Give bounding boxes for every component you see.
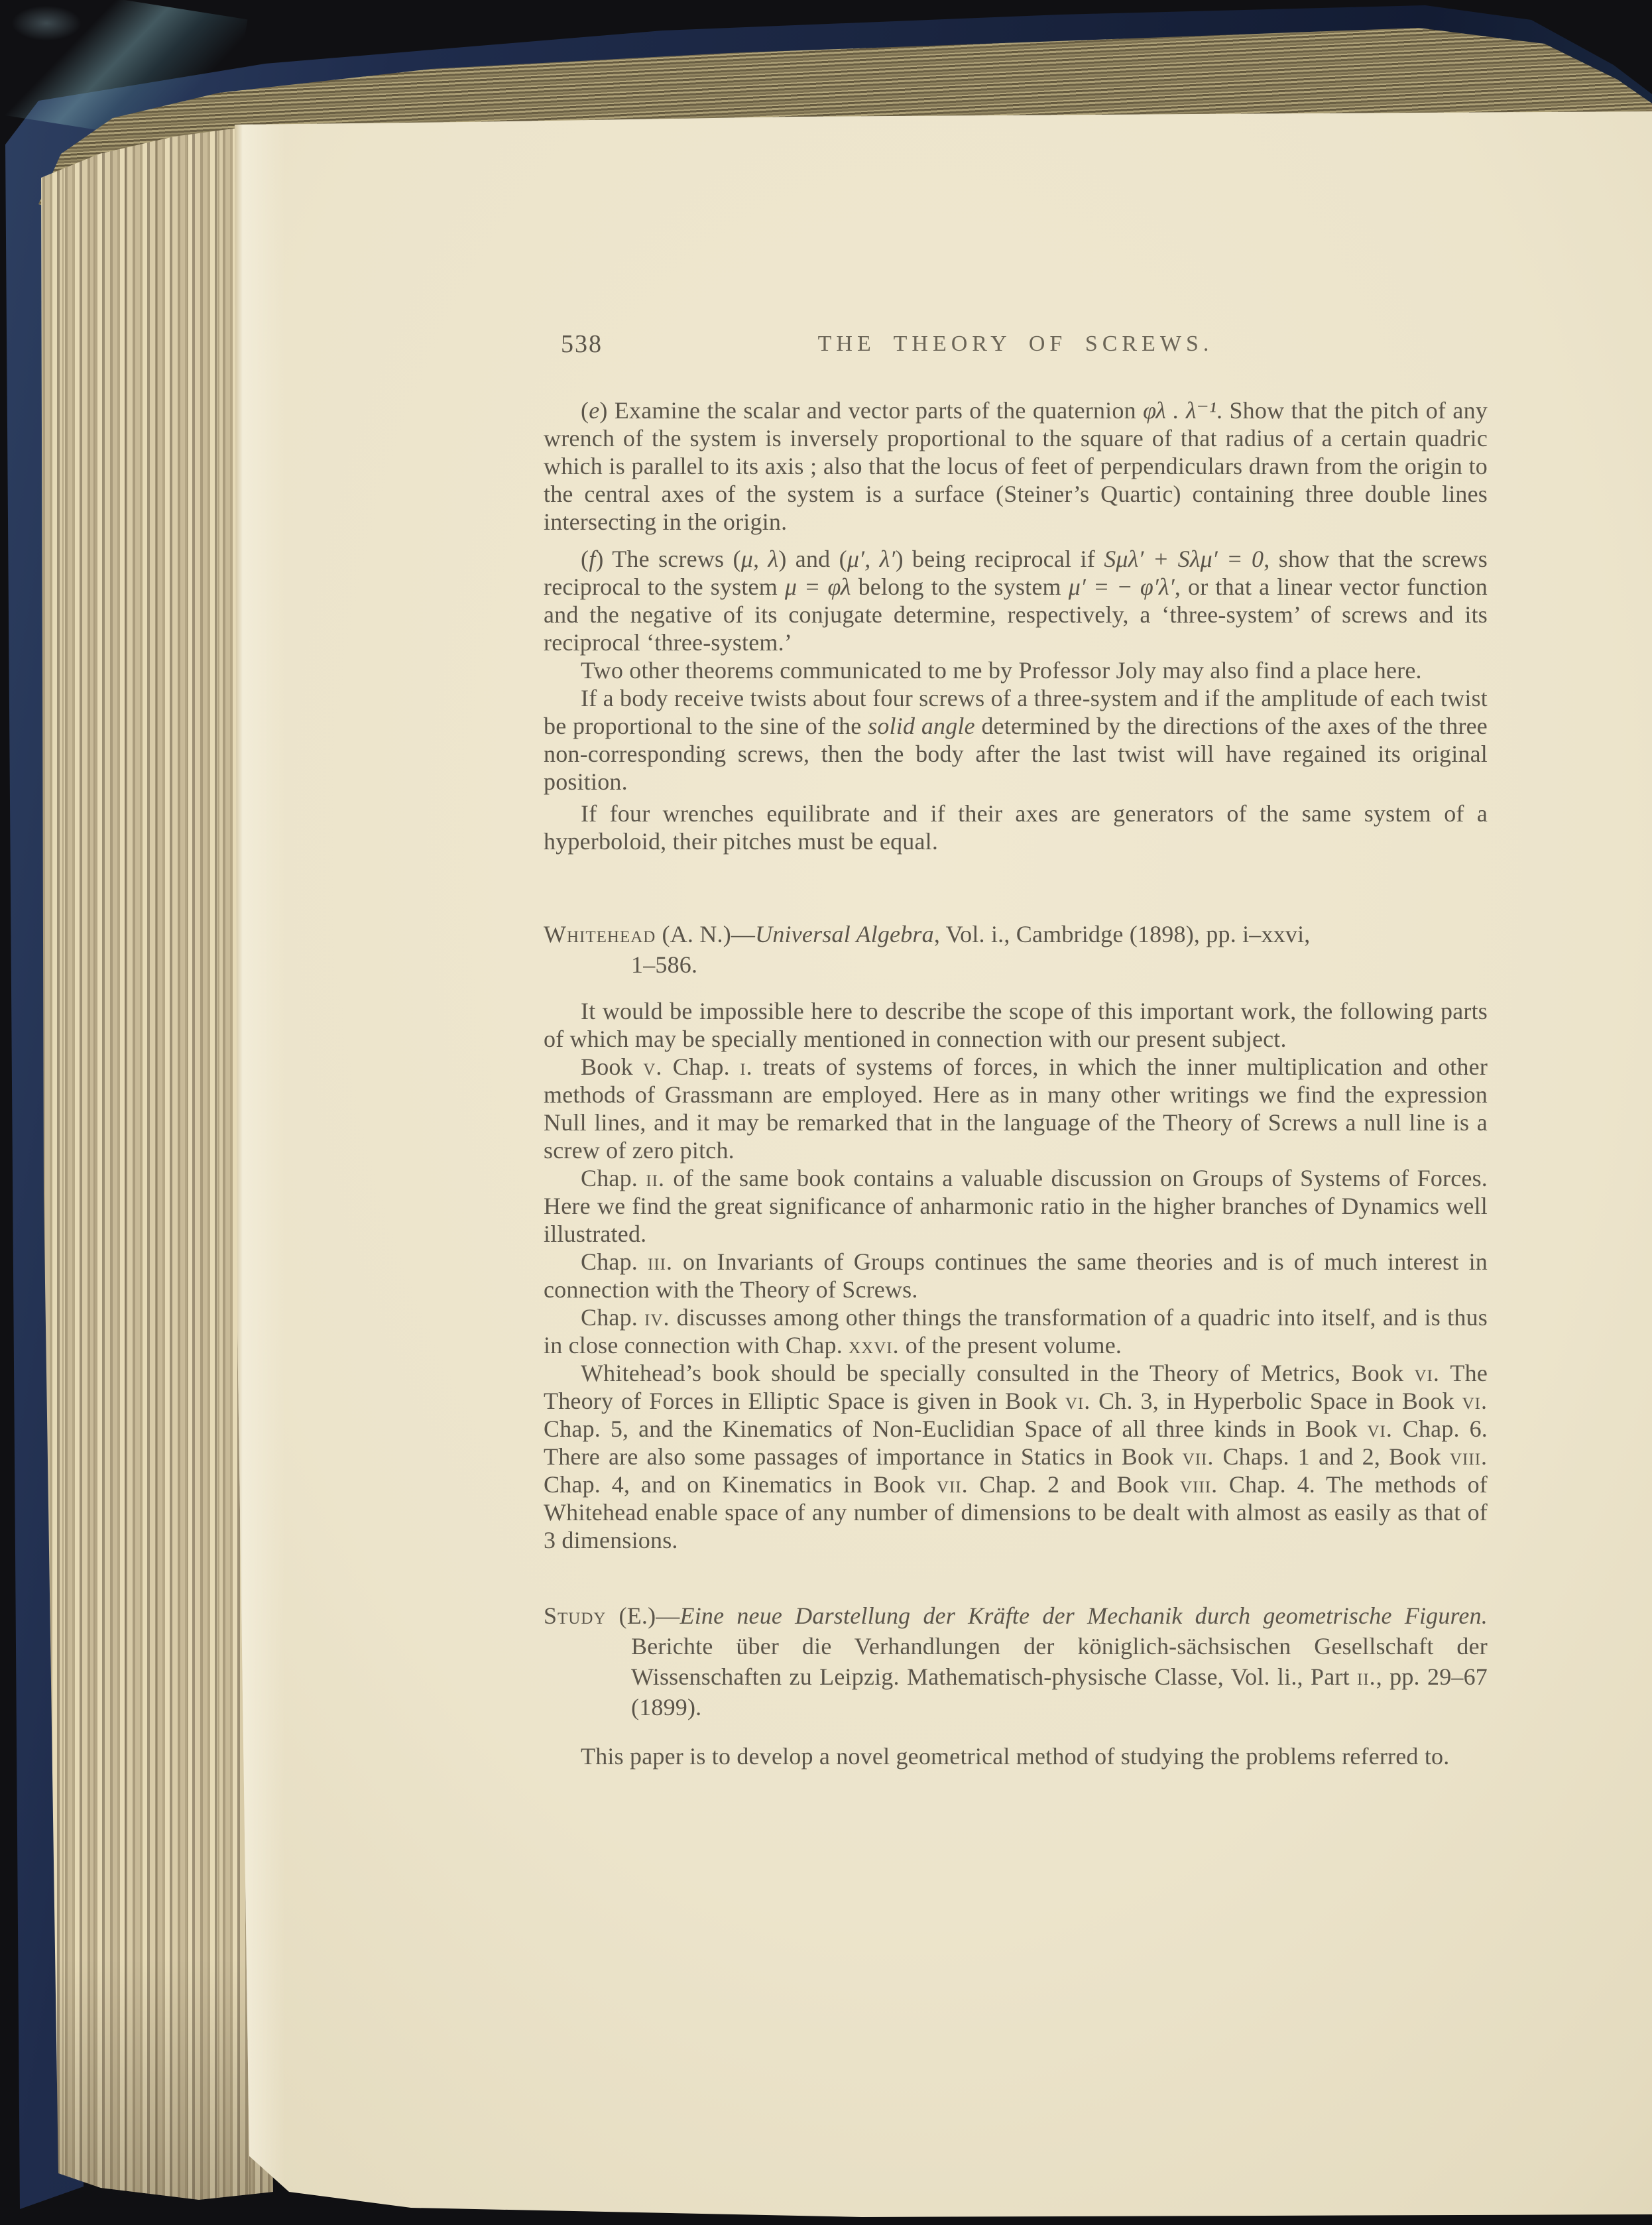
text-run: belong to the system — [851, 573, 1069, 600]
running-title: THE THEORY OF SCREWS. — [544, 330, 1488, 358]
page-content: 538 THE THEORY OF SCREWS. (e) Examine th… — [544, 330, 1488, 1770]
italic-text: μ = φλ — [785, 573, 851, 600]
cover-worn-corner — [0, 0, 93, 46]
text-run: of the present volume. — [900, 1332, 1122, 1358]
text-run: Two other theorems communicated to me by… — [581, 657, 1422, 684]
paragraph-chap-ii: Chap. ii. of the same book contains a va… — [544, 1164, 1488, 1248]
text-run: ( — [581, 397, 589, 424]
italic-text: φλ . λ⁻¹ — [1143, 397, 1216, 424]
smallcaps-text: iii. — [648, 1248, 673, 1275]
smallcaps-text: viii. — [1180, 1471, 1218, 1498]
smallcaps-text: xxvi. — [849, 1332, 900, 1358]
text-run: ) and ( — [778, 546, 847, 572]
bibliography-entry-whitehead: Whitehead (A. N.)—Universal Algebra, Vol… — [544, 919, 1488, 980]
text-run: Chap. — [581, 1165, 646, 1191]
italic-text: Sμλ′ + Sλμ′ = 0 — [1104, 546, 1264, 572]
text-run: (E.)— — [606, 1602, 679, 1629]
text-run: ( — [581, 546, 589, 572]
italic-text: μ′ = − φ′λ′ — [1069, 573, 1175, 600]
paragraph-chap-iv: Chap. iv. discusses among other things t… — [544, 1303, 1488, 1359]
text-run: This paper is to develop a novel geometr… — [581, 1743, 1449, 1770]
paragraph-whitehead-guide: Whitehead’s book should be specially con… — [544, 1359, 1488, 1554]
text-run: Book — [581, 1053, 643, 1080]
paragraph-book-v-chap-i: Book v. Chap. i. treats of systems of fo… — [544, 1053, 1488, 1164]
text-run: ) Examine the scalar and vector parts of… — [599, 397, 1143, 424]
italic-text: f — [589, 546, 595, 572]
smallcaps-text: viii. — [1450, 1443, 1488, 1470]
text-run: It would be impossible here to describe … — [544, 998, 1488, 1052]
text-run: If four wrenches equilibrate and if thei… — [544, 800, 1488, 855]
paragraph-exercise-e: (e) Examine the scalar and vector parts … — [544, 396, 1488, 536]
italic-text: Eine neue Darstellung der Kräfte der Mec… — [680, 1602, 1488, 1629]
text-run: Chap. 4, and on Kinematics in Book — [544, 1471, 937, 1498]
page-number: 538 — [561, 330, 603, 358]
smallcaps-text: ii. — [1357, 1663, 1376, 1690]
text-run: Whitehead’s book should be specially con… — [581, 1360, 1415, 1386]
book-scan-photo: 538 THE THEORY OF SCREWS. (e) Examine th… — [0, 0, 1652, 2225]
text-run: ) The screws ( — [595, 546, 740, 572]
italic-text: Universal Algebra — [755, 921, 934, 947]
smallcaps-text: Whitehead — [544, 921, 656, 947]
smallcaps-text: vii. — [937, 1471, 969, 1498]
paragraph-whitehead-scope: It would be impossible here to describe … — [544, 997, 1488, 1053]
smallcaps-text: vi. — [1368, 1415, 1393, 1442]
italic-text: e — [589, 397, 599, 424]
text-run: Chap. 5, and the Kinematics of Non-Eucli… — [544, 1415, 1368, 1442]
text-run: (A. N.)— — [656, 921, 755, 947]
paragraph-four-twists: If a body receive twists about four scre… — [544, 684, 1488, 796]
italic-text: μ′, λ′ — [847, 546, 896, 572]
smallcaps-text: iv. — [644, 1304, 670, 1331]
text-run: on Invariants of Groups continues the sa… — [544, 1248, 1488, 1303]
text-run: Chap. — [581, 1304, 644, 1331]
smallcaps-text: vi. — [1065, 1388, 1091, 1414]
smallcaps-text: vi. — [1462, 1388, 1488, 1414]
paragraph-exercise-f: (f) The screws (μ, λ) and (μ′, λ′) being… — [544, 545, 1488, 656]
text-run: 1–586. — [631, 951, 697, 978]
paragraph-four-wrenches: If four wrenches equilibrate and if thei… — [544, 800, 1488, 855]
page-header: 538 THE THEORY OF SCREWS. — [544, 330, 1488, 361]
smallcaps-text: Study — [544, 1602, 606, 1629]
text-run: ) being reciprocal if — [896, 546, 1104, 572]
smallcaps-text: ii. — [646, 1165, 665, 1191]
smallcaps-text: vi. — [1415, 1360, 1440, 1386]
smallcaps-text: vii. — [1183, 1443, 1214, 1470]
bibliography-entry-study: Study (E.)—Eine neue Darstellung der Krä… — [544, 1600, 1488, 1722]
italic-text: solid angle — [868, 713, 975, 739]
text-run: of the same book contains a valuable dis… — [544, 1165, 1488, 1247]
text-run: , Vol. i., Cambridge (1898), pp. i–xxvi, — [934, 921, 1311, 947]
smallcaps-text: i. — [740, 1053, 752, 1080]
book-page: 538 THE THEORY OF SCREWS. (e) Examine th… — [0, 0, 1652, 2225]
italic-text: μ, λ — [741, 546, 779, 572]
text-run: Ch. 3, in Hyperbolic Space in Book — [1091, 1388, 1462, 1414]
smallcaps-text: v. — [643, 1053, 662, 1080]
text-run: Chaps. 1 and 2, Book — [1214, 1443, 1450, 1470]
paragraph-study-note: This paper is to develop a novel geometr… — [544, 1742, 1488, 1770]
text-run: Chap. — [581, 1248, 648, 1275]
text-run: Chap. 2 and Book — [969, 1471, 1180, 1498]
text-run: Chap. — [662, 1053, 740, 1080]
paragraph-joly-theorems: Two other theorems communicated to me by… — [544, 656, 1488, 684]
paragraph-chap-iii: Chap. iii. on Invariants of Groups conti… — [544, 1248, 1488, 1303]
